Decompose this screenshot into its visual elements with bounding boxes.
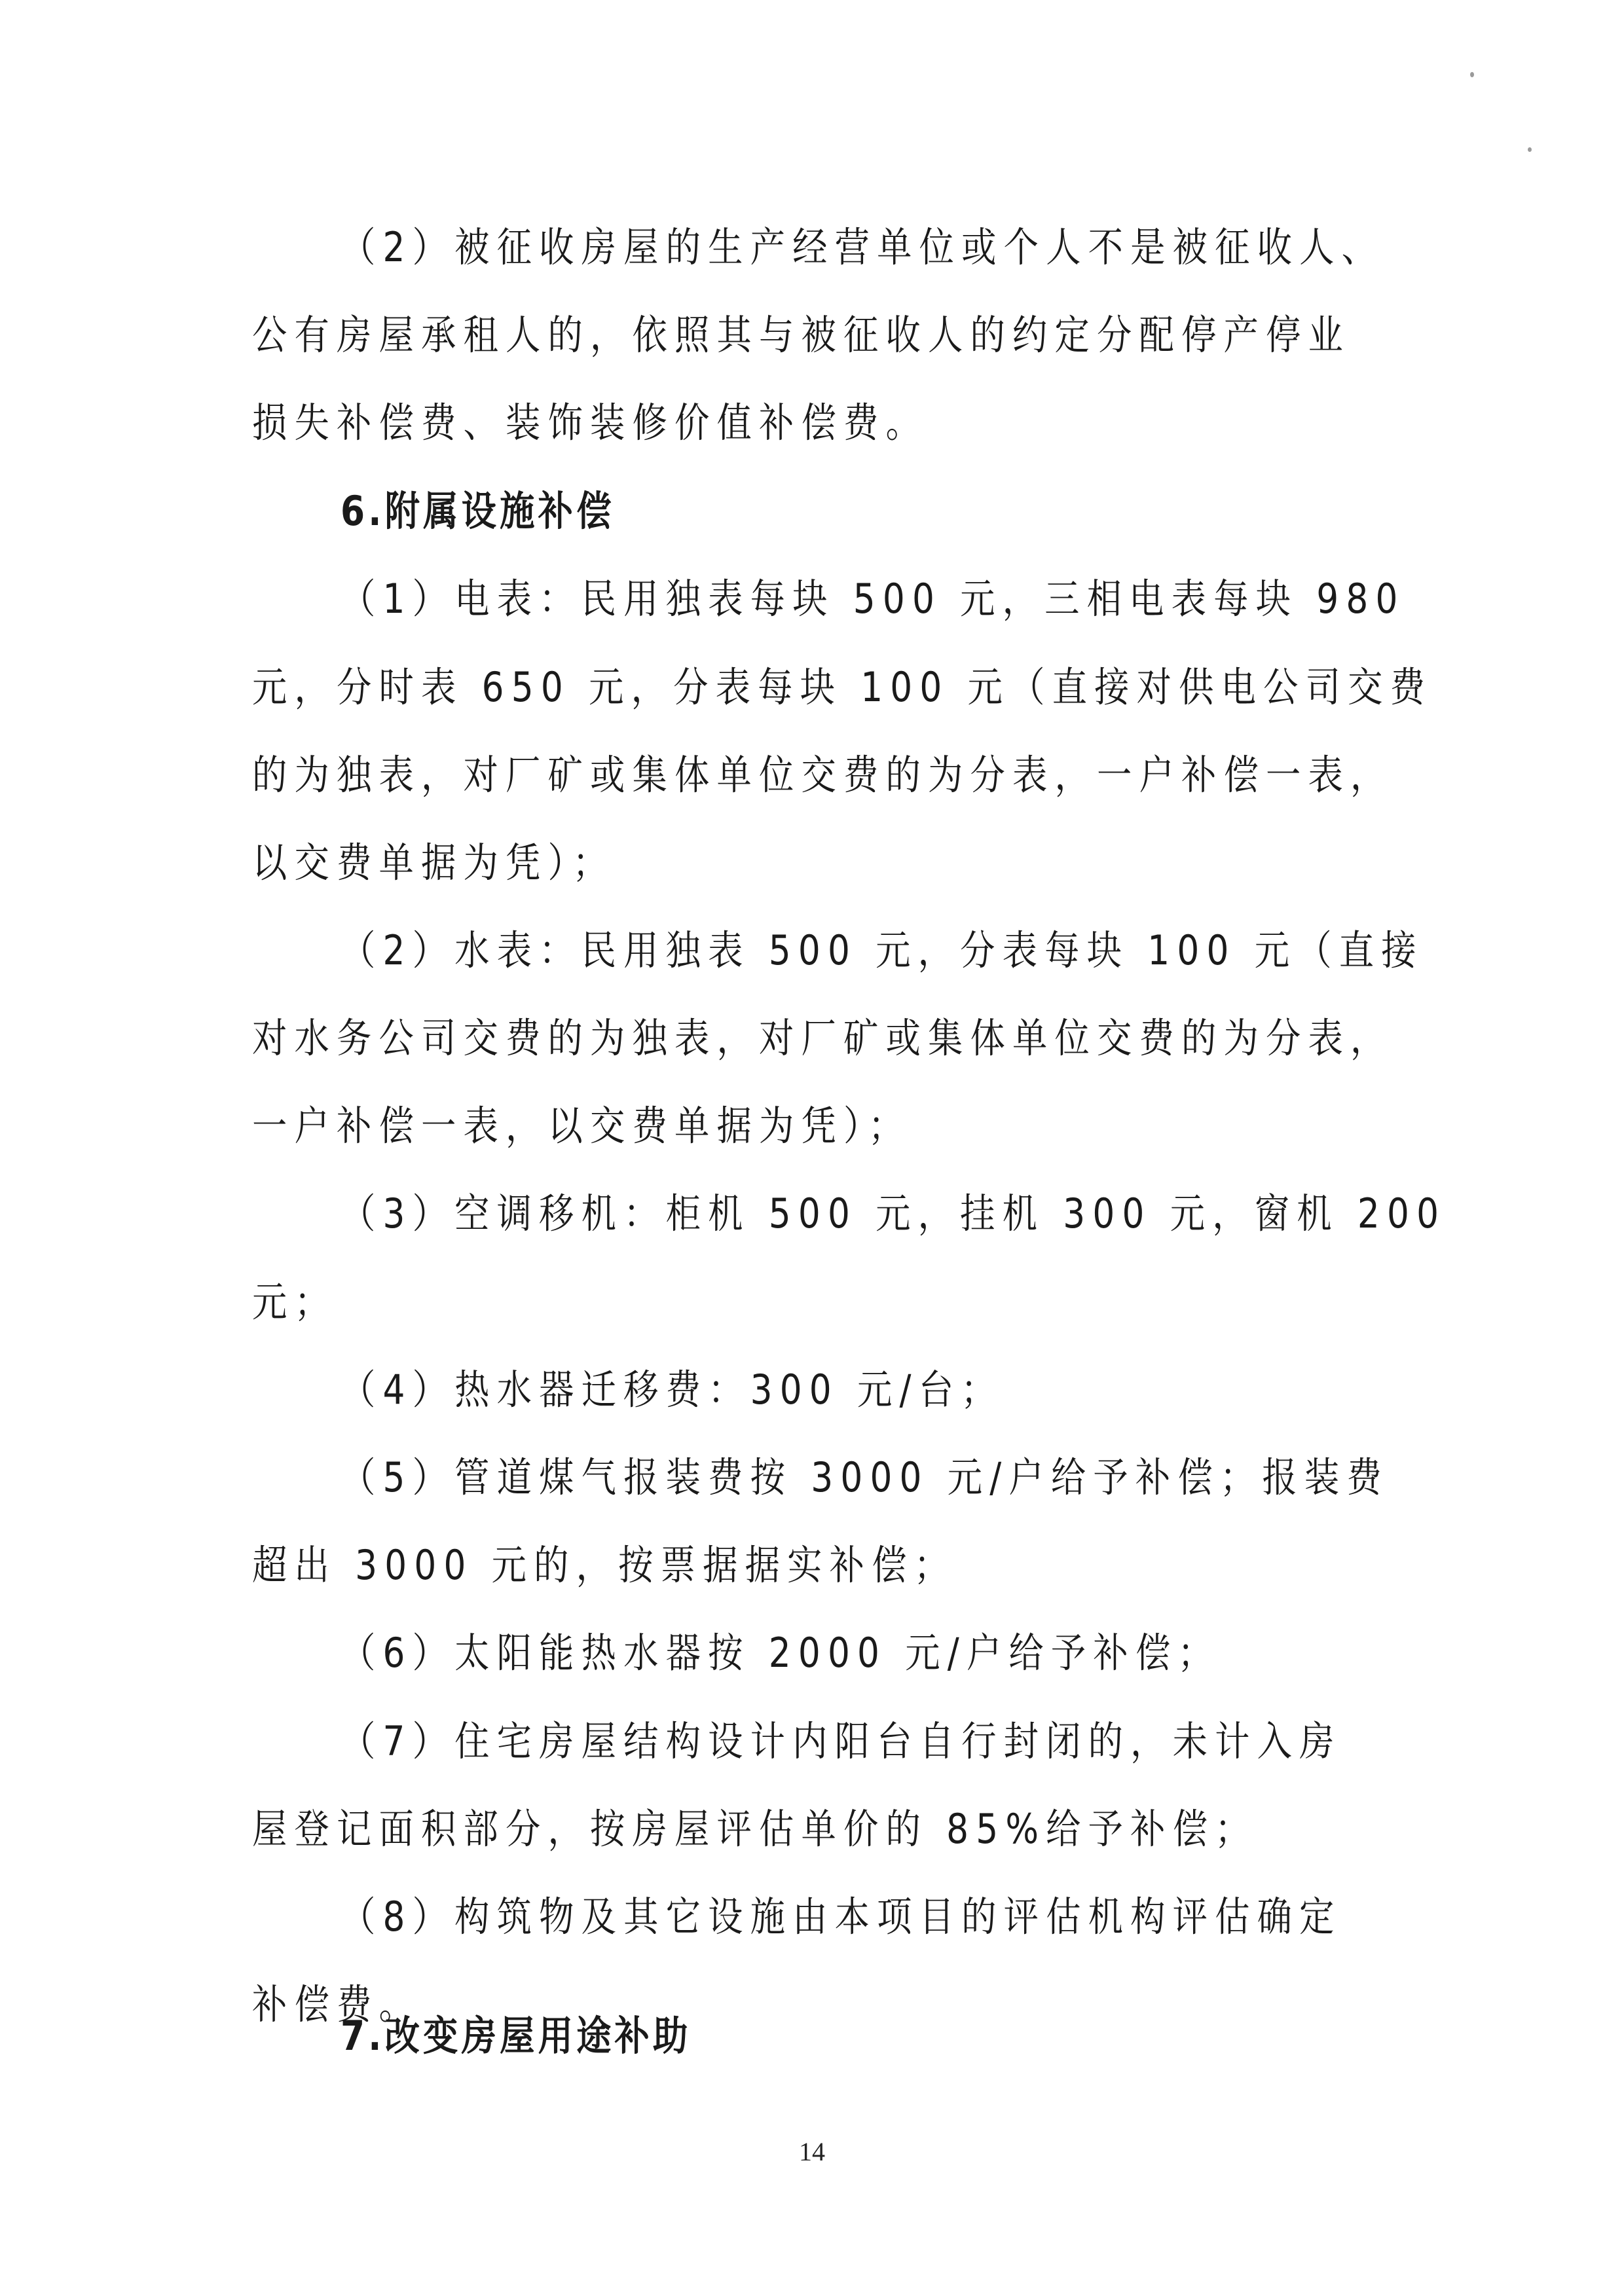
paragraph-line: 损失补偿费、装饰装修价值补偿费。 [252,390,1260,456]
list-item-line: 的为独表，对厂矿或集体单位交费的为分表，一户补偿一表， [252,742,1260,808]
list-item-line: （5）管道煤气报装费按 3000 元/户给予补偿；报装费 [341,1445,1348,1510]
list-item-line: 超出 3000 元的，按票据据实补偿； [252,1533,1260,1598]
list-item-line: 一户补偿一表，以交费单据为凭）； [252,1093,1260,1159]
list-item-line: （8）构筑物及其它设施由本项目的评估机构评估确定 [341,1884,1348,1950]
scan-speck [1470,72,1474,77]
list-item-line: 以交费单据为凭）； [252,830,1260,896]
list-item-line: 元； [252,1269,1260,1335]
document-page: （2）被征收房屋的生产经营单位或个人不是被征收人、 公有房屋承租人的，依照其与被… [0,0,1624,2296]
paragraph-line: 公有房屋承租人的，依照其与被征收人的约定分配停产停业 [252,302,1260,368]
list-item-line: （2）水表：民用独表 500 元，分表每块 100 元（直接 [341,918,1348,983]
section-heading: 6.附属设施补偿 [341,479,1348,544]
section-heading: 7.改变房屋用途补助 [341,2003,1348,2069]
list-item-line: 对水务公司交费的为独表，对厂矿或集体单位交费的为分表， [252,1006,1260,1071]
list-item-line: （7）住宅房屋结构设计内阳台自行封闭的，未计入房 [341,1709,1348,1774]
list-item-line: （1）电表：民用独表每块 500 元，三相电表每块 980 [341,566,1348,632]
list-item-line: 元，分时表 650 元，分表每块 100 元（直接对供电公司交费 [252,655,1260,720]
list-item-line: （6）太阳能热水器按 2000 元/户给予补偿； [341,1620,1348,1686]
list-item-line: （3）空调移机：柜机 500 元，挂机 300 元，窗机 200 [341,1181,1348,1247]
paragraph-line: （2）被征收房屋的生产经营单位或个人不是被征收人、 [341,215,1348,280]
list-item-line: （4）热水器迁移费：300 元/台； [341,1357,1348,1423]
page-number: 14 [0,2136,1624,2168]
list-item-line: 屋登记面积部分，按房屋评估单价的 85%给予补偿； [252,1796,1260,1862]
scan-speck [1528,147,1532,152]
